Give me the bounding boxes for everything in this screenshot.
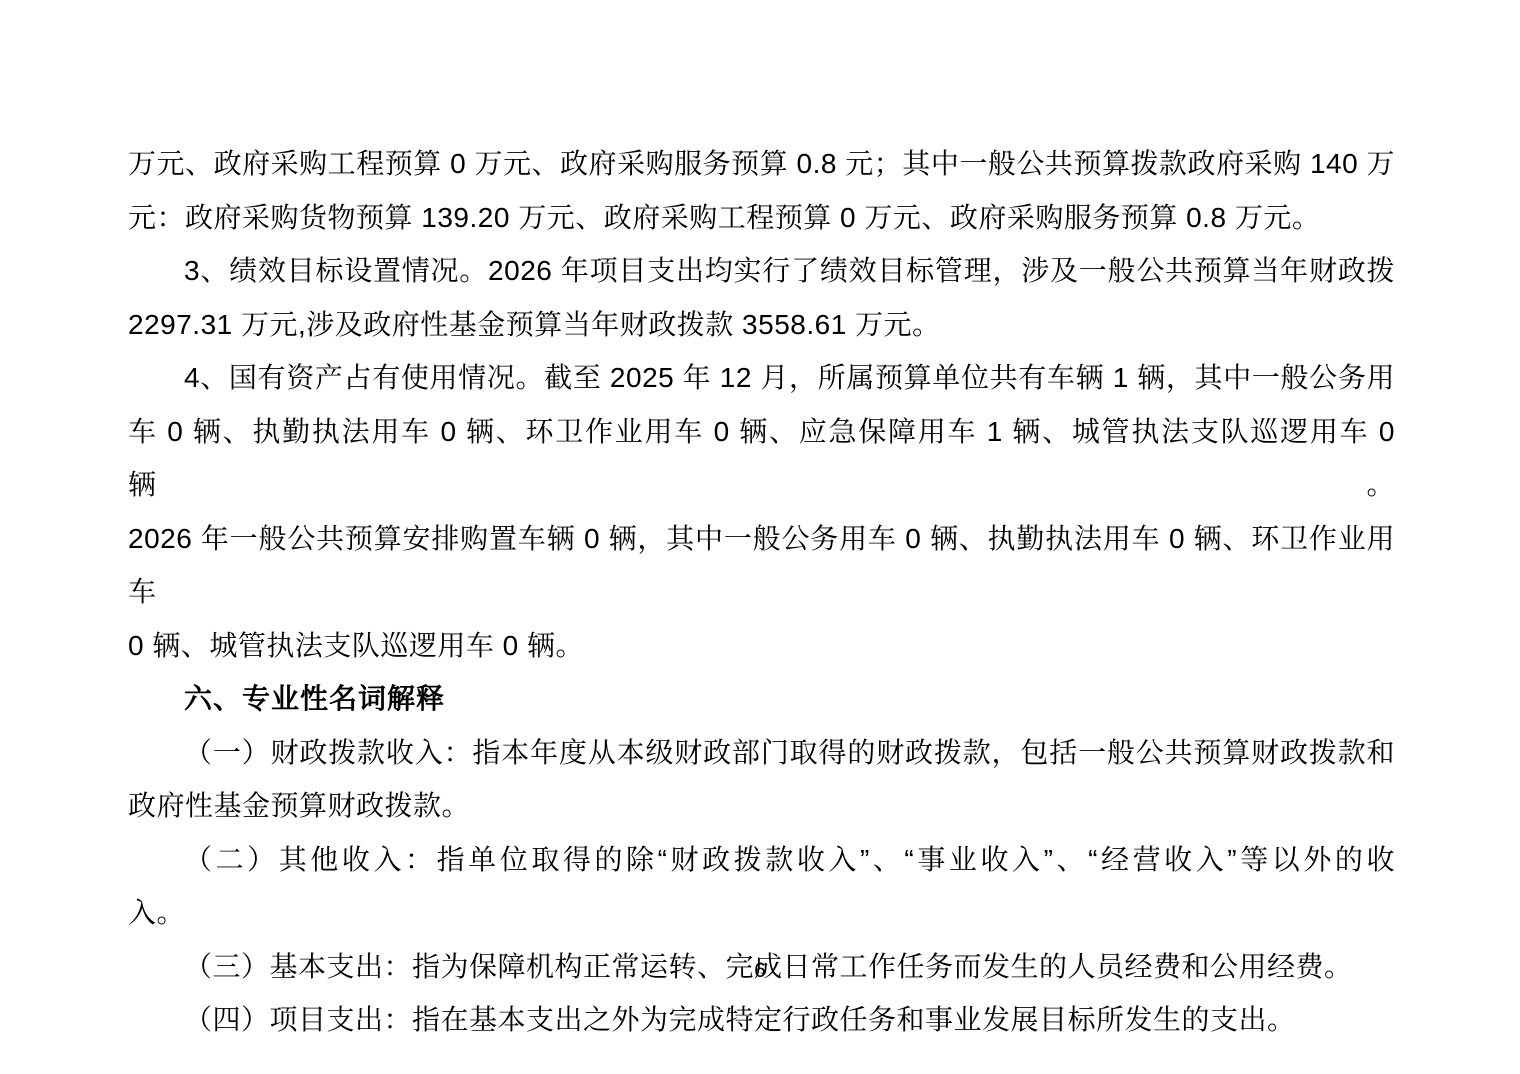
text-line: 2297.31 万元,涉及政府性基金预算当年财政拨款 3558.61 万元。 (128, 298, 1395, 352)
text-line: 万元、政府采购工程预算 0 万元、政府采购服务预算 0.8 元；其中一般公共预算… (128, 137, 1395, 191)
text-line: 3、绩效目标设置情况。2026 年项目支出均实行了绩效目标管理，涉及一般公共预算… (128, 244, 1395, 298)
text-line: （四）项目支出：指在基本支出之外为完成特定行政任务和事业发展目标所发生的支出。 (128, 993, 1395, 1047)
section-heading: 六、专业性名词解释 (128, 672, 1395, 726)
text-line: 0 辆、城管执法支队巡逻用车 0 辆。 (128, 619, 1395, 673)
text-line: 2026 年一般公共预算安排购置车辆 0 辆，其中一般公务用车 0 辆、执勤执法… (128, 512, 1395, 619)
text-line: 元：政府采购货物预算 139.20 万元、政府采购工程预算 0 万元、政府采购服… (128, 191, 1395, 245)
text-line: 入。 (128, 886, 1395, 940)
page-number: 6 (0, 956, 1520, 986)
text-line: （一）财政拨款收入：指本年度从本级财政部门取得的财政拨款，包括一般公共预算财政拨… (128, 726, 1395, 780)
text-line: 4、国有资产占有使用情况。截至 2025 年 12 月，所属预算单位共有车辆 1… (128, 351, 1395, 405)
document-body: 万元、政府采购工程预算 0 万元、政府采购服务预算 0.8 元；其中一般公共预算… (128, 137, 1395, 1047)
document-page: 万元、政府采购工程预算 0 万元、政府采购服务预算 0.8 元；其中一般公共预算… (0, 0, 1520, 1074)
text-line: （二）其他收入：指单位取得的除“财政拨款收入”、“事业收入”、“经营收入”等以外… (128, 833, 1395, 887)
text-line: 政府性基金预算财政拨款。 (128, 779, 1395, 833)
text-line: 车 0 辆、执勤执法用车 0 辆、环卫作业用车 0 辆、应急保障用车 1 辆、城… (128, 405, 1395, 512)
